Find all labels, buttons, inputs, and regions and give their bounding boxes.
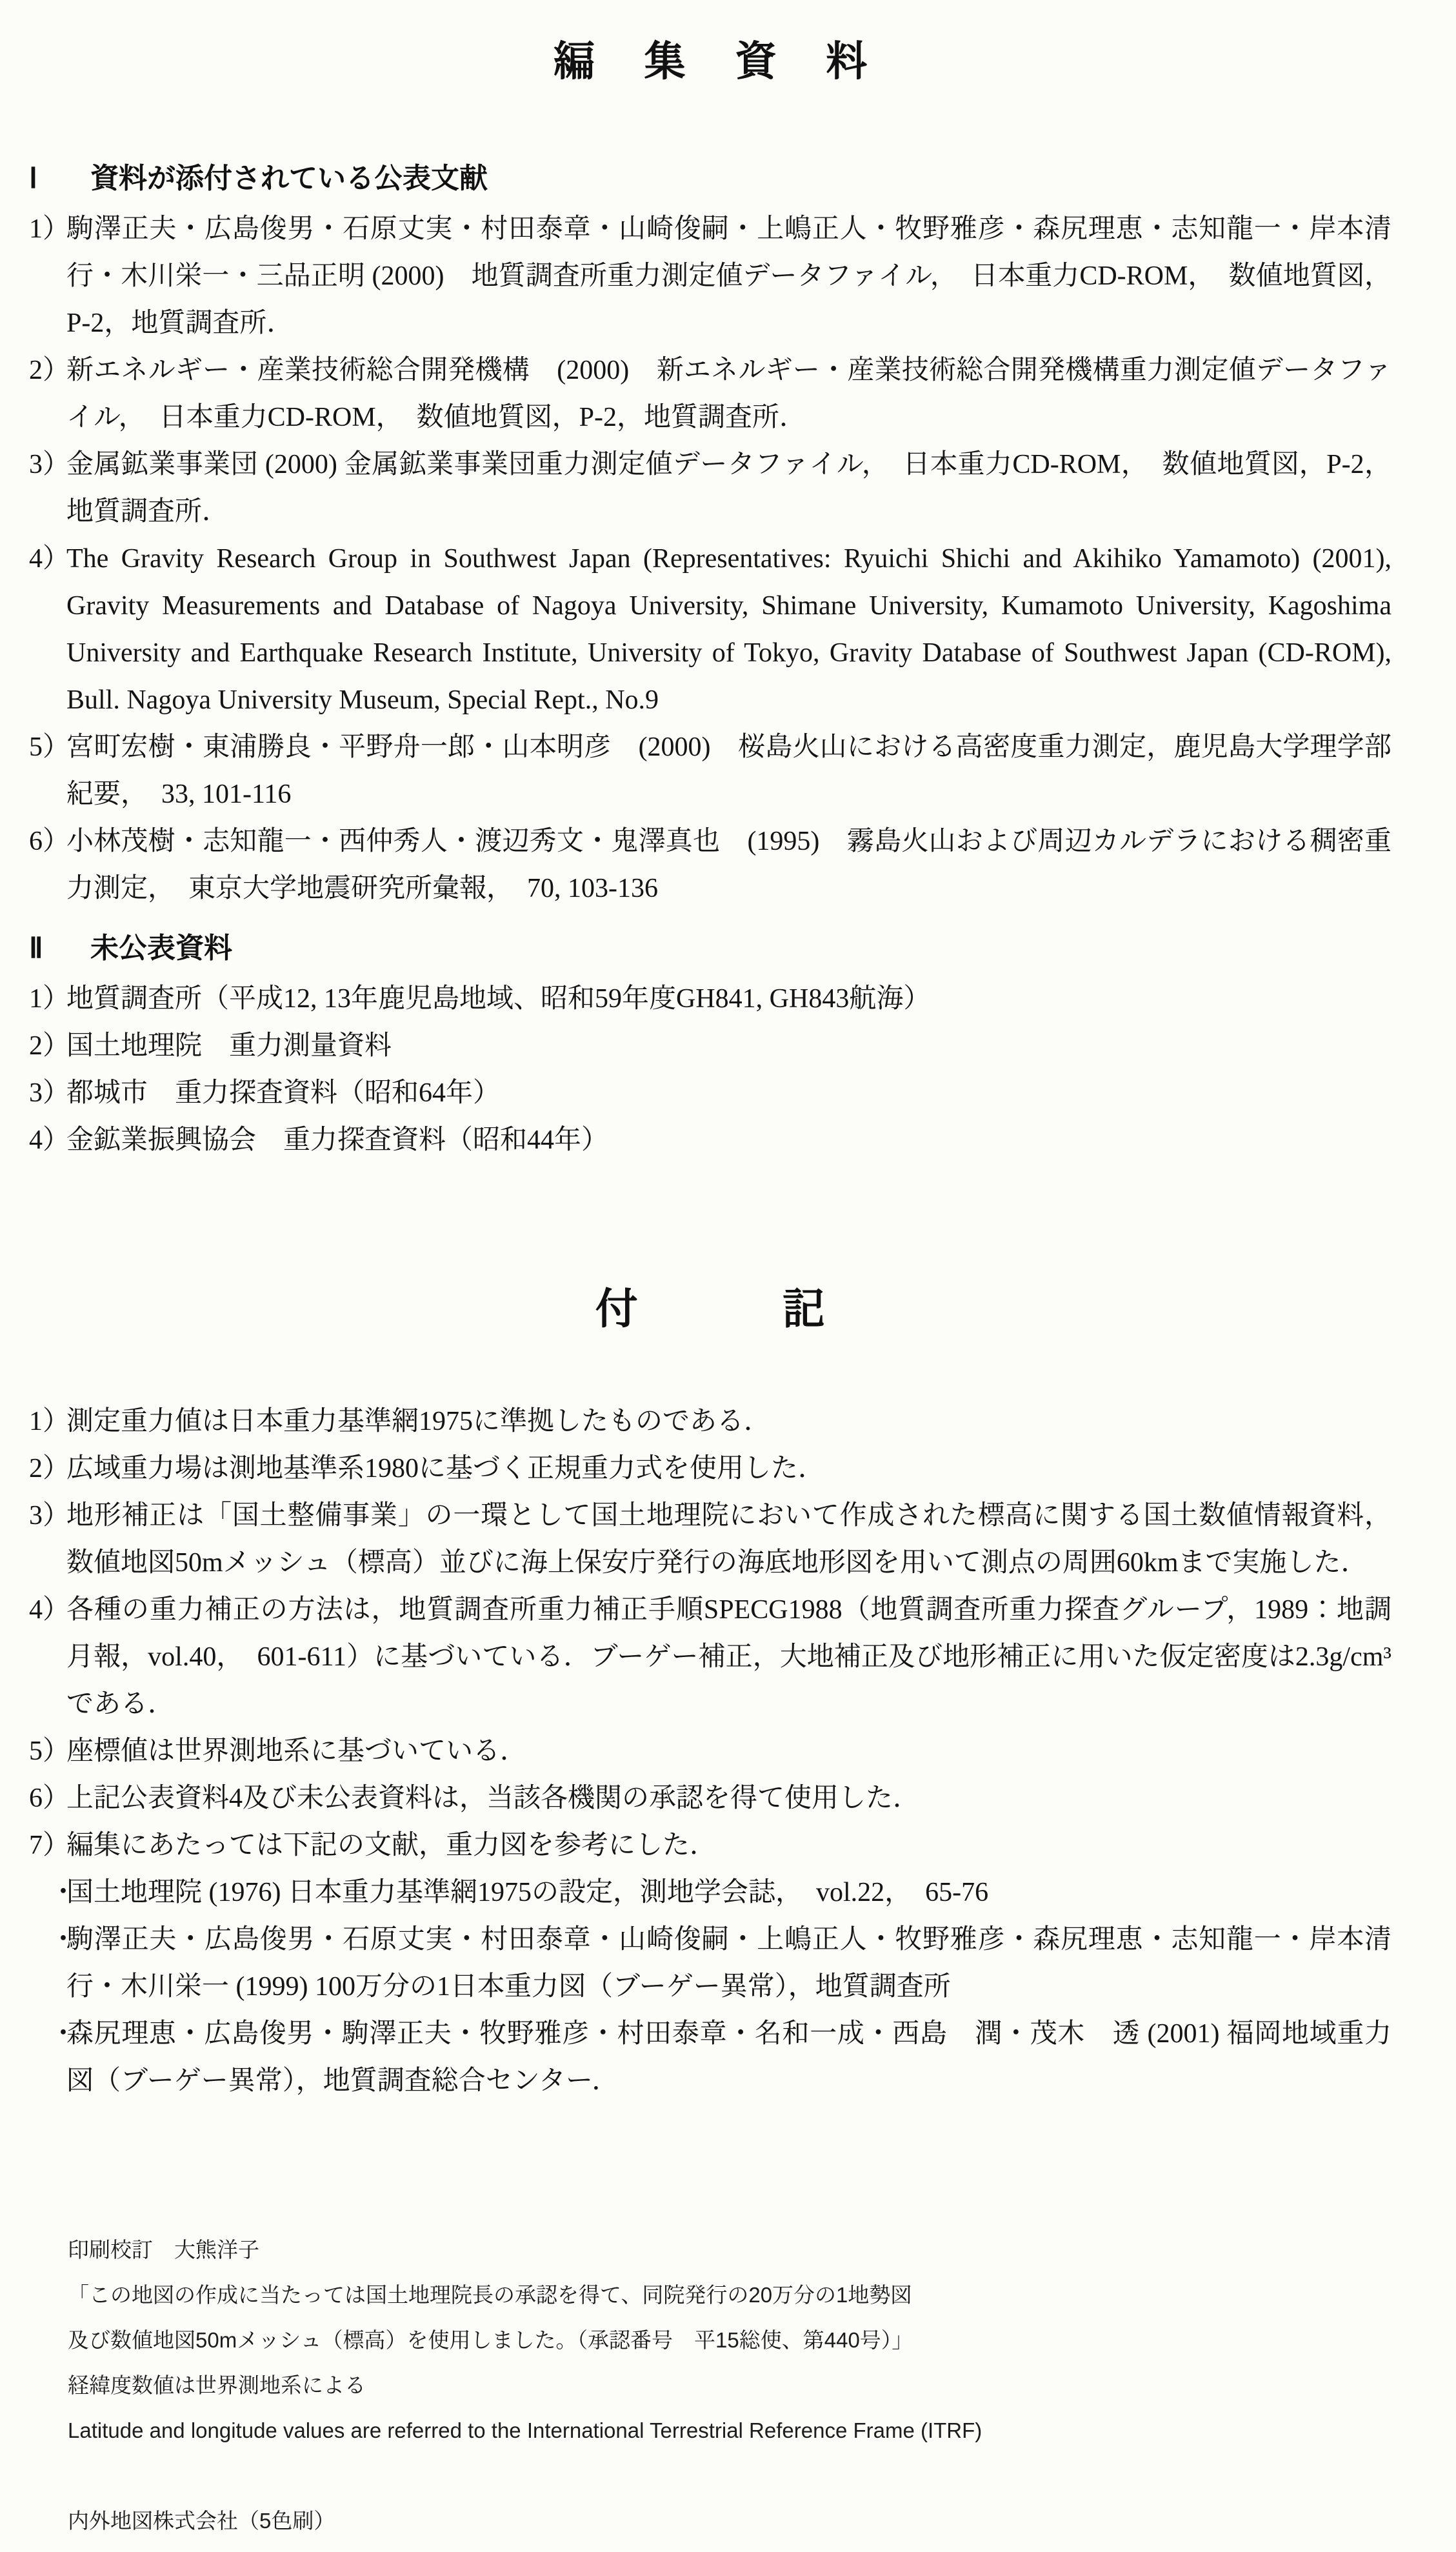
- section-unpublished-number: Ⅱ: [29, 929, 90, 968]
- colophon-block: 印刷校訂 大熊洋子 「この地図の作成に当たっては国土地理院長の承認を得て、同院発…: [68, 2227, 1326, 2544]
- appendix-title: 付記: [29, 1287, 1391, 1331]
- note-number: 2）: [29, 1445, 70, 1492]
- reference-item: 5）宮町宏樹・東浦勝良・平野舟一郎・山本明彦 (2000) 桜島火山における高密…: [66, 724, 1391, 818]
- reference-item: 1）地質調査所（平成12, 13年鹿児島地域、昭和59年度GH841, GH84…: [66, 976, 1391, 1023]
- proofreader-line: 印刷校訂 大熊洋子: [68, 2227, 1326, 2273]
- reference-item: 3）金属鉱業事業団 (2000) 金属鉱業事業団重力測定値データファイル， 日本…: [66, 441, 1391, 536]
- cited-reference-text: 森尻理恵・広島俊男・駒澤正夫・牧野雅彦・村田泰章・名和一成・西島 潤・茂木 透 …: [66, 2019, 1391, 2096]
- section-published-heading: Ⅰ資料が添付されている公表文献: [29, 159, 1391, 198]
- reference-number: 2）: [29, 347, 70, 394]
- reference-number: 1）: [29, 976, 70, 1023]
- reference-text: 新エネルギー・産業技術総合開発機構 (2000) 新エネルギー・産業技術総合開発…: [66, 356, 1391, 432]
- section-unpublished-heading-text: 未公表資料: [90, 932, 232, 964]
- reference-text: 地質調査所（平成12, 13年鹿児島地域、昭和59年度GH841, GH843航…: [66, 984, 930, 1014]
- reference-text: 金鉱業振興協会 重力探査資料（昭和44年）: [66, 1125, 608, 1155]
- appendix-note: 4）各種の重力補正の方法は，地質調査所重力補正手順SPECG1988（地質調査所…: [66, 1587, 1391, 1728]
- note-number: 4）: [29, 1587, 70, 1634]
- appendix-note: 1）測定重力値は日本重力基準網1975に準拠したものである．: [66, 1398, 1391, 1445]
- bullet-icon: ・: [50, 1869, 77, 1916]
- reference-number: 2）: [29, 1023, 70, 1070]
- reference-item: 1）駒澤正夫・広島俊男・石原丈実・村田泰章・山崎俊嗣・上嶋正人・牧野雅彦・森尻理…: [66, 206, 1391, 347]
- note-number: 1）: [29, 1398, 70, 1445]
- bullet-icon: ・: [50, 2011, 77, 2058]
- note-text: 地形補正は「国土整備事業」の一環として国土地理院において作成された標高に関する国…: [66, 1501, 1391, 1578]
- reference-text: 金属鉱業事業団 (2000) 金属鉱業事業団重力測定値データファイル， 日本重力…: [66, 450, 1391, 527]
- note-text: 各種の重力補正の方法は，地質調査所重力補正手順SPECG1988（地質調査所重力…: [66, 1595, 1391, 1719]
- note-text: 座標値は世界測地系に基づいている．: [66, 1736, 527, 1766]
- document-title: 編集資料: [29, 40, 1391, 83]
- section-unpublished-heading: Ⅱ未公表資料: [29, 929, 1391, 968]
- reference-number: 6）: [29, 818, 70, 865]
- cited-reference-text: 国土地理院 (1976) 日本重力基準網1975の設定，測地学会誌， vol.2…: [66, 1878, 988, 1907]
- note-text: 広域重力場は測地基準系1980に基づく正規重力式を使用した．: [66, 1454, 825, 1483]
- approval-note-line-1: 「この地図の作成に当たっては国土地理院長の承認を得て、同院発行の20万分の1地勢…: [68, 2273, 1326, 2318]
- appendix-note: 2）広域重力場は測地基準系1980に基づく正規重力式を使用した．: [66, 1445, 1391, 1492]
- document-title-text: 編集資料: [553, 38, 917, 85]
- reference-text: 宮町宏樹・東浦勝良・平野舟一郎・山本明彦 (2000) 桜島火山における高密度重…: [66, 732, 1391, 809]
- reference-text: The Gravity Research Group in Southwest …: [66, 544, 1391, 715]
- reference-text: 都城市 重力探査資料（昭和64年）: [66, 1078, 500, 1108]
- appendix-note-list: 1）測定重力値は日本重力基準網1975に準拠したものである． 2）広域重力場は測…: [29, 1398, 1391, 2105]
- reference-item: 4）The Gravity Research Group in Southwes…: [66, 536, 1391, 724]
- approval-note-line-2: 及び数値地図50mメッシュ（標高）を使用しました。（承認番号 平15総使、第44…: [68, 2318, 1326, 2363]
- reference-number: 1）: [29, 206, 70, 253]
- note-number: 3）: [29, 1492, 70, 1540]
- note-number: 7）: [29, 1822, 70, 1869]
- reference-item: 4）金鉱業振興協会 重力探査資料（昭和44年）: [66, 1117, 1391, 1164]
- reference-text: 国土地理院 重力測量資料: [66, 1031, 392, 1061]
- section-published-number: Ⅰ: [29, 159, 90, 198]
- appendix-note: 3）地形補正は「国土整備事業」の一環として国土地理院において作成された標高に関す…: [66, 1492, 1391, 1587]
- reference-item: 3）都城市 重力探査資料（昭和64年）: [66, 1070, 1391, 1117]
- appendix-note: 7）編集にあたっては下記の文献，重力図を参考にした．: [66, 1822, 1391, 1869]
- bullet-icon: ・: [50, 1916, 77, 1964]
- reference-item: 6）小林茂樹・志知龍一・西仲秀人・渡辺秀文・鬼澤真也 (1995) 霧島火山およ…: [66, 818, 1391, 912]
- note-number: 6）: [29, 1775, 70, 1822]
- scanned-document-page: 編集資料 Ⅰ資料が添付されている公表文献 1）駒澤正夫・広島俊男・石原丈実・村田…: [0, 0, 1456, 2552]
- note-number: 5）: [29, 1728, 70, 1775]
- reference-item: 2）国土地理院 重力測量資料: [66, 1023, 1391, 1070]
- printer-line: 内外地図株式会社（5色刷）: [68, 2498, 1326, 2544]
- cited-reference: ・国土地理院 (1976) 日本重力基準網1975の設定，測地学会誌， vol.…: [66, 1869, 1391, 1916]
- note-text: 上記公表資料4及び未公表資料は，当該各機関の承認を得て使用した．: [66, 1783, 920, 1813]
- reference-text: 小林茂樹・志知龍一・西仲秀人・渡辺秀文・鬼澤真也 (1995) 霧島火山および周…: [66, 827, 1391, 903]
- appendix-note: 5）座標値は世界測地系に基づいている．: [66, 1728, 1391, 1775]
- published-reference-list: 1）駒澤正夫・広島俊男・石原丈実・村田泰章・山崎俊嗣・上嶋正人・牧野雅彦・森尻理…: [29, 206, 1391, 912]
- note-text: 測定重力値は日本重力基準網1975に準拠したものである．: [66, 1407, 771, 1436]
- cited-reference-text: 駒澤正夫・広島俊男・石原丈実・村田泰章・山崎俊嗣・上嶋正人・牧野雅彦・森尻理恵・…: [66, 1925, 1391, 2002]
- reference-number: 5）: [29, 724, 70, 771]
- reference-number: 3）: [29, 441, 70, 488]
- cited-reference: ・森尻理恵・広島俊男・駒澤正夫・牧野雅彦・村田泰章・名和一成・西島 潤・茂木 透…: [66, 2011, 1391, 2105]
- page-content: 編集資料 Ⅰ資料が添付されている公表文献 1）駒澤正夫・広島俊男・石原丈実・村田…: [0, 0, 1456, 2105]
- appendix-note: 6）上記公表資料4及び未公表資料は，当該各機関の承認を得て使用した．: [66, 1775, 1391, 1822]
- reference-number: 4）: [29, 1117, 70, 1164]
- reference-text: 駒澤正夫・広島俊男・石原丈実・村田泰章・山崎俊嗣・上嶋正人・牧野雅彦・森尻理恵・…: [66, 214, 1391, 338]
- appendix-title-text: 付記: [595, 1285, 970, 1332]
- note-text: 編集にあたっては下記の文献，重力図を参考にした．: [66, 1831, 717, 1860]
- reference-item: 2）新エネルギー・産業技術総合開発機構 (2000) 新エネルギー・産業技術総合…: [66, 347, 1391, 441]
- reference-number: 3）: [29, 1070, 70, 1117]
- geodetic-note-en: Latitude and longitude values are referr…: [68, 2408, 1326, 2453]
- cited-reference: ・駒澤正夫・広島俊男・石原丈実・村田泰章・山崎俊嗣・上嶋正人・牧野雅彦・森尻理恵…: [66, 1916, 1391, 2011]
- geodetic-note-ja: 経緯度数値は世界測地系による: [68, 2363, 1326, 2408]
- reference-number: 4）: [29, 536, 70, 583]
- section-published-heading-text: 資料が添付されている公表文献: [90, 163, 488, 194]
- unpublished-reference-list: 1）地質調査所（平成12, 13年鹿児島地域、昭和59年度GH841, GH84…: [29, 976, 1391, 1164]
